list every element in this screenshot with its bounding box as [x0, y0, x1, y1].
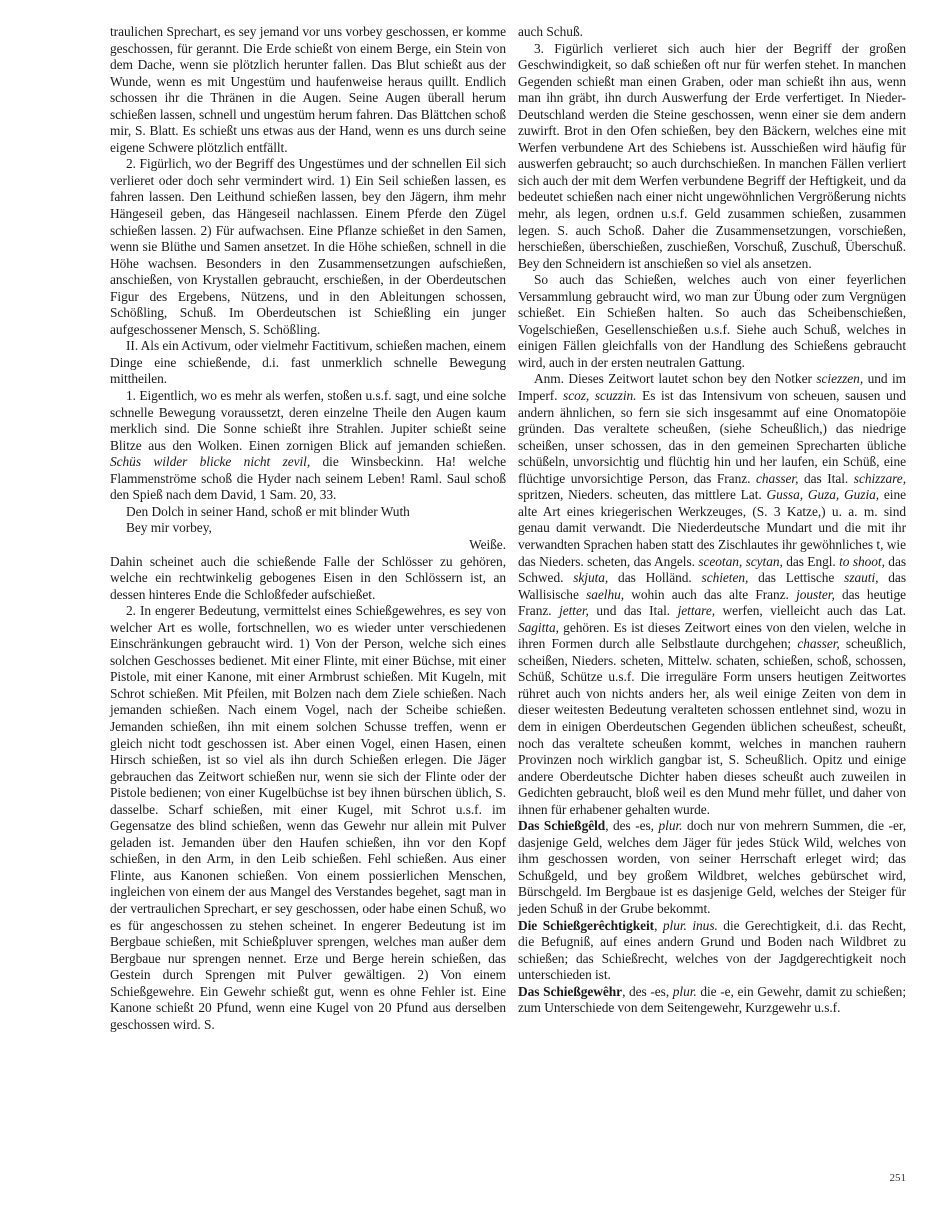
dictionary-entry: Die Schießgerêchtigkeit, plur. inus. die…: [518, 918, 906, 984]
headword: Die Schießgerêchtigkeit: [518, 918, 654, 933]
text: das Holländ.: [608, 570, 701, 585]
italic-term: Sagitta,: [518, 620, 559, 635]
italic-term: schieten,: [702, 570, 749, 585]
italic-term: scoz, scuzzin.: [563, 388, 636, 403]
verse-line: Den Dolch in seiner Hand, schoß er mit b…: [110, 504, 506, 521]
text: Anm. Dieses Zeitwort lautet schon bey de…: [534, 371, 816, 386]
right-column: auch Schuß. 3. Figürlich verlieret sich …: [518, 24, 906, 1017]
italic-term: sciezzen,: [816, 371, 863, 386]
left-column: traulichen Sprechart, es sey jemand vor …: [110, 24, 506, 1033]
italic-term: jouster,: [796, 587, 835, 602]
italic-term: skjuta,: [573, 570, 608, 585]
paragraph: So auch das Schießen, welches auch von e…: [518, 272, 906, 371]
plural-marker: plur.: [673, 984, 697, 999]
dictionary-entry: Das Schießgewêhr, des -es, plur. die -e,…: [518, 984, 906, 1017]
plural-marker: plur.: [659, 818, 683, 833]
annotation-paragraph: Anm. Dieses Zeitwort lautet schon bey de…: [518, 371, 906, 818]
italic-term: to shoot,: [839, 554, 885, 569]
paragraph: II. Als ein Activum, oder vielmehr Facti…: [110, 338, 506, 388]
paragraph: Dahin scheinet auch die schießende Falle…: [110, 554, 506, 604]
paragraph: 2. In engerer Bedeutung, vermittelst ein…: [110, 603, 506, 1033]
headword: Das Schießgêld: [518, 818, 605, 833]
text: das Engl.: [783, 554, 839, 569]
paragraph: 1. Eigentlich, wo es mehr als werfen, st…: [110, 388, 506, 504]
page-number: 251: [870, 1172, 906, 1184]
text: und das Ital.: [589, 603, 678, 618]
text: das Ital.: [798, 471, 853, 486]
headword: Das Schießgewêhr: [518, 984, 622, 999]
paragraph: 2. Figürlich, wo der Begriff des Ungestü…: [110, 156, 506, 338]
italic-term: Gussa, Guza, Guzia,: [766, 487, 879, 502]
text: wohin auch das alte Franz.: [624, 587, 796, 602]
text: das Lettische: [748, 570, 844, 585]
text: , des -es,: [605, 818, 658, 833]
italic-term: chasser,: [756, 471, 798, 486]
paragraph: traulichen Sprechart, es sey jemand vor …: [110, 24, 506, 156]
text: 1. Eigentlich, wo es mehr als werfen, st…: [110, 388, 506, 453]
italic-term: jettare,: [678, 603, 715, 618]
verse-line: Bey mir vorbey,: [110, 520, 506, 537]
verse-attribution: Weiße.: [110, 537, 506, 554]
italic-term: szauti,: [844, 570, 878, 585]
italic-term: jetter,: [559, 603, 589, 618]
text: scheußlich, scheißen, Nieders. scheten, …: [518, 636, 906, 816]
paragraph: auch Schuß.: [518, 24, 906, 41]
italic-term: chasser,: [797, 636, 839, 651]
italic-term: schizzare,: [854, 471, 906, 486]
text: ,: [654, 918, 663, 933]
plural-marker: plur. inus.: [663, 918, 718, 933]
text: , des -es,: [622, 984, 673, 999]
italic-quote: Schüs wilder blicke nicht zevil,: [110, 454, 310, 469]
text: werfen, vielleicht auch das Lat.: [715, 603, 906, 618]
text: spritzen, Nieders. scheuten, das mittler…: [518, 487, 766, 502]
italic-term: sceotan, scytan,: [698, 554, 782, 569]
paragraph: 3. Figürlich verlieret sich auch hier de…: [518, 41, 906, 273]
italic-term: saelhu,: [586, 587, 624, 602]
dictionary-entry: Das Schießgêld, des -es, plur. doch nur …: [518, 818, 906, 917]
